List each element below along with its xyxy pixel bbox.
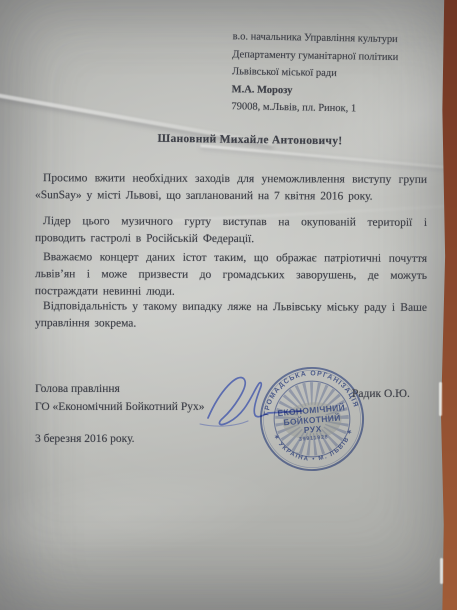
salutation: Шановний Михайле Антоновичу! <box>110 132 390 148</box>
recipient-block: в.о. начальника Управління культури Депа… <box>231 28 437 119</box>
paper-edge-highlight <box>440 558 443 584</box>
letter-date: 3 березня 2016 року. <box>35 433 135 445</box>
letter-paper: в.о. начальника Управління культури Депа… <box>0 0 457 610</box>
org-stamp: ГРОМАДСЬКА ОРГАНІЗАЦІЯ ✶ УКРАЇНА • М. ЛЬ… <box>253 360 370 477</box>
signer-title-line: Голова правління <box>35 380 204 398</box>
photo-frame: в.о. начальника Управління культури Депа… <box>0 0 457 610</box>
paragraph-1: Просимо вжити необхідних заходів для уне… <box>35 170 427 206</box>
recipient-address: 79008, м.Львів, пл. Ринок, 1 <box>231 98 436 119</box>
paper-crease <box>200 144 457 171</box>
signer-title-line: ГО «Економічний Бойкотний Рух» <box>35 398 204 416</box>
paper-edge-highlight <box>439 382 442 416</box>
org-stamp-graphic: ГРОМАДСЬКА ОРГАНІЗАЦІЯ ✶ УКРАЇНА • М. ЛЬ… <box>253 360 370 477</box>
paper-sheen <box>0 451 284 579</box>
paragraph-2: Лідер цього музичного гурту виступав на … <box>35 213 427 249</box>
signer-title-block: Голова правління ГО «Економічний Бойкотн… <box>35 380 204 416</box>
paragraph-4: Відповідальність у такому випадку ляже н… <box>35 298 427 334</box>
signer-name: Радик О.Ю. <box>352 388 410 400</box>
stamp-center-line3: РУХ <box>303 423 322 435</box>
paragraph-3: Вважаємо концерт даних істот таким, що о… <box>35 249 427 302</box>
